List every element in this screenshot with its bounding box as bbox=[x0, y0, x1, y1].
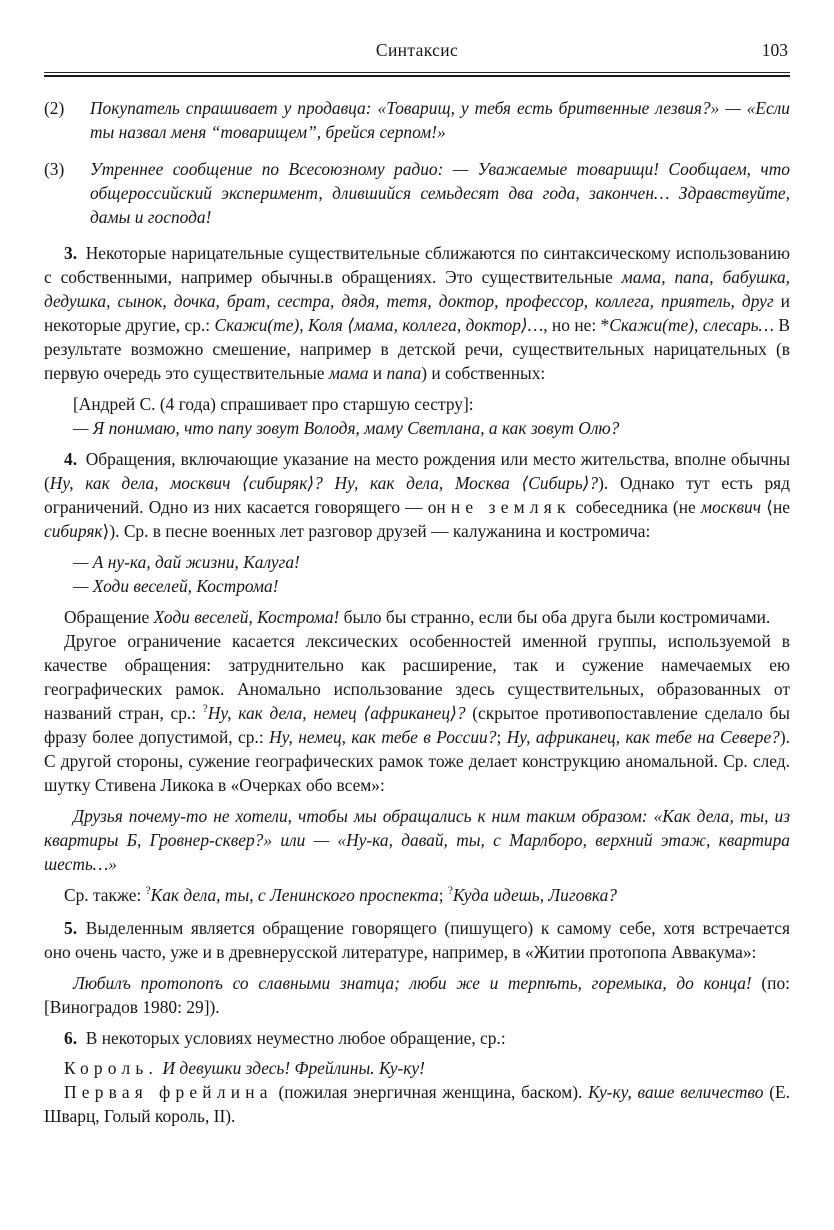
text-run: Выделенным является обращение говорящего… bbox=[44, 918, 790, 962]
text-run: ; bbox=[496, 727, 506, 747]
text-run: В некоторых условиях неуместно любое обр… bbox=[77, 1028, 506, 1048]
italic-text-run: Куда идешь, Лиговка? bbox=[453, 885, 617, 905]
example-number: (2) bbox=[44, 96, 90, 144]
section-paragraph: 6. В некоторых условиях неуместно любое … bbox=[44, 1026, 790, 1050]
section-paragraph: 3. Некоторые нарицательные существительн… bbox=[44, 241, 790, 385]
text-run: Ср. также: bbox=[64, 885, 146, 905]
text-run: и bbox=[368, 363, 386, 383]
italic-text-run: москвич bbox=[701, 497, 761, 517]
italic-text-run: Друзья почему-то не хотели, чтобы мы обр… bbox=[44, 806, 790, 874]
letterspaced-run: Король. bbox=[64, 1058, 158, 1078]
paragraph: Ср. также: ?Как дела, ты, с Ленинского п… bbox=[44, 883, 790, 907]
page-number: 103 bbox=[762, 40, 788, 61]
numbered-example: (2)Покупатель спрашивает у продавца: «То… bbox=[44, 96, 790, 144]
italic-text-run: Ку-ку, ваше величество bbox=[588, 1082, 763, 1102]
paragraph: Король. И девушки здесь! Фрейлины. Ку-ку… bbox=[44, 1056, 790, 1080]
italic-text-run: — Я понимаю, что папу зовут Володя, маму… bbox=[73, 418, 619, 438]
bold-section-number: 6. bbox=[64, 1028, 77, 1048]
italic-text-run: папа bbox=[386, 363, 421, 383]
example-text: Утреннее сообщение по Всесоюзному радио:… bbox=[90, 157, 790, 229]
section-paragraph: 5. Выделенным является обращение говорящ… bbox=[44, 916, 790, 964]
running-head-title: Синтаксис bbox=[44, 40, 790, 61]
italic-text-run: Ходи веселей, Кострома! bbox=[154, 607, 340, 627]
page-body: (2)Покупатель спрашивает у продавца: «То… bbox=[44, 96, 790, 1128]
italic-text-run: Скажи(те), Коля ⟨мама, коллега, доктор⟩… bbox=[215, 315, 544, 335]
italic-text-run: Любилъ протопопъ со славными знатца; люб… bbox=[73, 973, 752, 993]
text-run: собеседника (не bbox=[571, 497, 701, 517]
quote-paragraph: [Андрей С. (4 года) спрашивает про старш… bbox=[44, 392, 790, 416]
italic-text-run: Утреннее сообщение по Всесоюзному радио:… bbox=[90, 159, 790, 227]
text-run: [Андрей С. (4 года) спрашивает про старш… bbox=[73, 394, 474, 414]
running-head: Синтаксис 103 bbox=[44, 40, 790, 64]
text-run: , но не: * bbox=[543, 315, 609, 335]
bold-section-number: 4. bbox=[64, 449, 77, 469]
italic-text-run: Ну, как дела, немец ⟨африканец⟩? bbox=[208, 703, 466, 723]
italic-text-run: сибиряк bbox=[44, 521, 103, 541]
text-run: ; bbox=[439, 885, 448, 905]
paragraph: Другое ограничение касается лексических … bbox=[44, 629, 790, 797]
italic-text-run: Ну, немец, как тебе в России? bbox=[269, 727, 496, 747]
italic-text-run: Ну, африканец, как тебе на Севере? bbox=[507, 727, 780, 747]
quote-paragraph: Друзья почему-то не хотели, чтобы мы обр… bbox=[44, 804, 790, 876]
numbered-example: (3)Утреннее сообщение по Всесоюзному рад… bbox=[44, 157, 790, 229]
quote-paragraph: — Я понимаю, что папу зовут Володя, маму… bbox=[44, 416, 790, 440]
italic-text-run: Как дела, ты, с Ленинского проспекта bbox=[151, 885, 439, 905]
italic-text-run: мама bbox=[329, 363, 369, 383]
bold-section-number: 3. bbox=[64, 243, 77, 263]
quote-paragraph: — Ходи веселей, Кострома! bbox=[44, 574, 790, 598]
bold-section-number: 5. bbox=[64, 918, 77, 938]
book-page: Синтаксис 103 (2)Покупатель спрашивает у… bbox=[0, 0, 834, 1230]
quote-paragraph: Любилъ протопопъ со славными знатца; люб… bbox=[44, 971, 790, 1019]
italic-text-run: Скажи(те), слесарь… bbox=[609, 315, 774, 335]
letterspaced-run: не земляк bbox=[451, 497, 571, 517]
text-run: ⟨не bbox=[761, 497, 790, 517]
text-run: ) и собственных: bbox=[421, 363, 545, 383]
header-rule bbox=[44, 72, 790, 77]
text-run: (пожилая энергичная женщина, баском). bbox=[273, 1082, 588, 1102]
text-run: ⟩). Ср. в песне военных лет разговор дру… bbox=[103, 521, 651, 541]
text-run: было бы странно, если бы оба друга были … bbox=[339, 607, 770, 627]
italic-text-run: И девушки здесь! Фрейлины. Ку-ку! bbox=[158, 1058, 425, 1078]
section-paragraph: 4. Обращения, включающие указание на мес… bbox=[44, 447, 790, 543]
italic-text-run: — А ну-ка, дай жизни, Калуга! bbox=[73, 552, 300, 572]
example-text: Покупатель спрашивает у продавца: «Товар… bbox=[90, 96, 790, 144]
paragraph: Первая фрейлина (пожилая энергичная женщ… bbox=[44, 1080, 790, 1128]
text-run: Обращение bbox=[64, 607, 154, 627]
letterspaced-run: Первая фрейлина bbox=[64, 1082, 273, 1102]
italic-text-run: — Ходи веселей, Кострома! bbox=[73, 576, 279, 596]
italic-text-run: Покупатель спрашивает у продавца: «Товар… bbox=[90, 98, 790, 142]
italic-text-run: Ну, как дела, москвич ⟨сибиряк⟩? Ну, как… bbox=[50, 473, 598, 493]
paragraph: Обращение Ходи веселей, Кострома! было б… bbox=[44, 605, 790, 629]
example-number: (3) bbox=[44, 157, 90, 229]
quote-paragraph: — А ну-ка, дай жизни, Калуга! bbox=[44, 550, 790, 574]
